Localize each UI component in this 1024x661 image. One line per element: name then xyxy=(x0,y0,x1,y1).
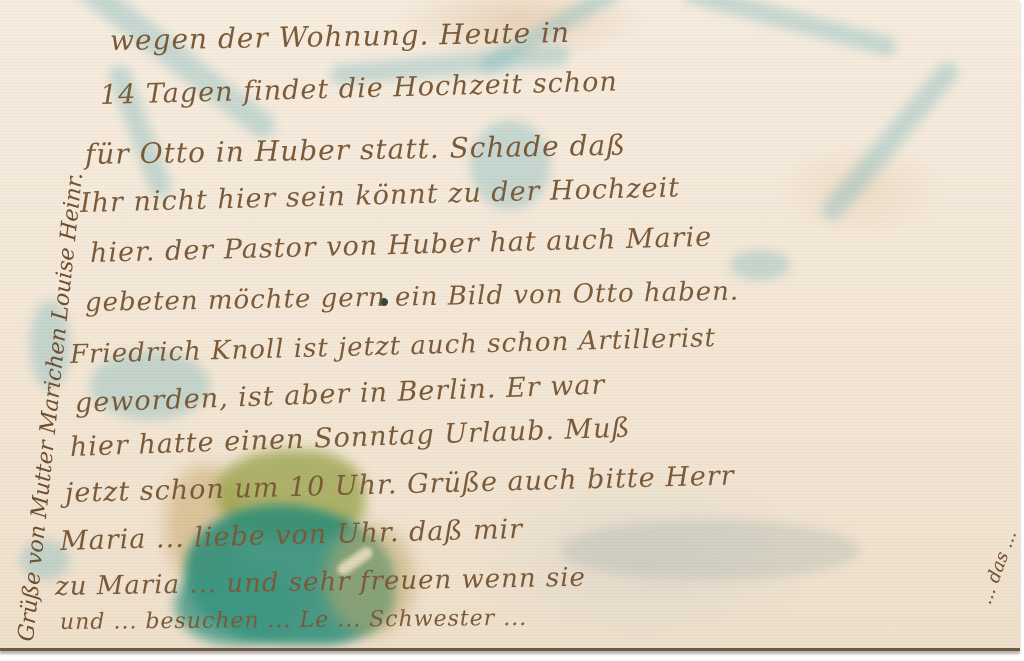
blue-watercolor-streak xyxy=(681,0,899,58)
handwritten-line-10: jetzt schon um 10 Uhr. Grüße auch bitte … xyxy=(65,460,735,509)
handwritten-line-3: für Otto in Huber statt. Schade daß xyxy=(85,129,626,171)
handwritten-line-1: wegen der Wohnung. Heute in xyxy=(110,16,571,57)
blue-watercolor-streak xyxy=(817,57,962,224)
handwritten-line-5: hier. der Pastor von Huber hat auch Mari… xyxy=(90,222,713,269)
handwritten-line-6: gebeten möchte gern ein Bild von Otto ha… xyxy=(85,277,740,318)
handwritten-line-11: Maria ... liebe von Uhr. daß mir xyxy=(60,514,524,557)
handwritten-line-4: Ihr nicht hier sein könnt zu der Hochzei… xyxy=(80,172,681,219)
letter-paper: wegen der Wohnung. Heute in 14 Tagen fin… xyxy=(0,0,1020,651)
handwritten-line-13: und ... besuchen ... Le ... Schwester ..… xyxy=(60,606,527,635)
blue-watercolor-streak xyxy=(730,250,790,280)
blue-watercolor-streak xyxy=(560,520,860,580)
handwritten-line-7: Friedrich Knoll ist jetzt auch schon Art… xyxy=(70,323,717,370)
handwritten-line-12: zu Maria ... und sehr freuen wenn sie xyxy=(55,563,586,602)
handwritten-line-9: hier hatte einen Sonntag Urlaub. Muß xyxy=(69,412,631,463)
handwritten-line-8: geworden, ist aber in Berlin. Er war xyxy=(74,369,605,418)
right-margin-note: ... das ... xyxy=(975,527,1020,607)
handwritten-line-2: 14 Tagen findet die Hochzeit schon xyxy=(100,66,619,111)
